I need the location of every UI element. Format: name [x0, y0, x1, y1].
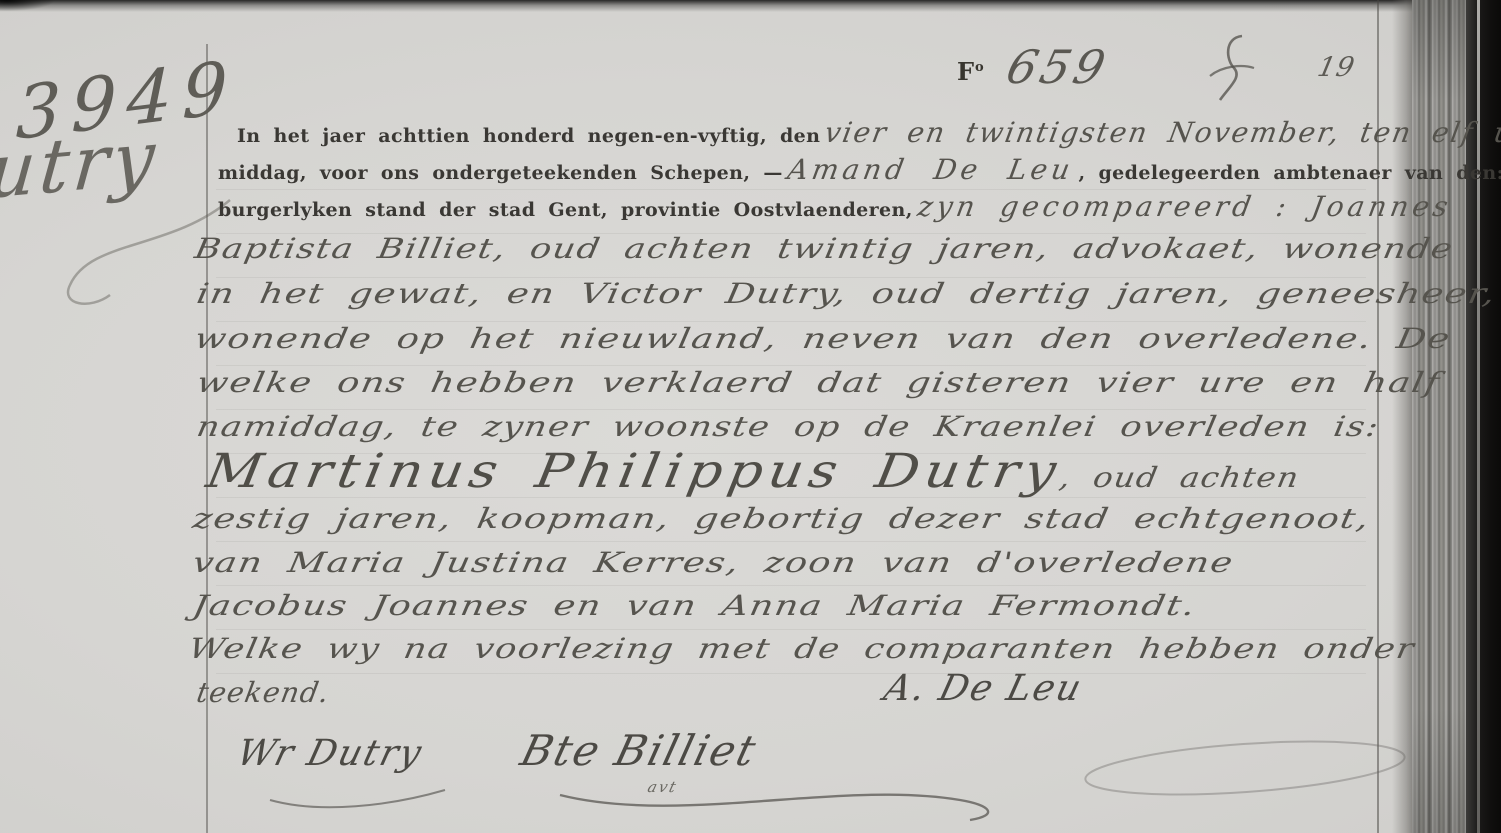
witness-signature-dutry: Wr Dutry: [233, 733, 427, 774]
printed-text: middag, voor ons ondergeteekenden Schepe…: [218, 162, 783, 184]
record-line-1: In het jaer achttien honderd negen-en-vy…: [237, 116, 1501, 149]
record-line-11: van Maria Justina Kerres, zoon van d'ove…: [190, 546, 1237, 579]
record-line-4: Baptista Billiet, oud achten twintig jar…: [192, 232, 1456, 265]
folio-label: Fo: [957, 57, 985, 86]
dutry-signature-flourish: [260, 780, 460, 820]
handwritten-text: zyn gecompareerd : Joannes: [915, 190, 1454, 223]
scan-corner-shadow: [0, 0, 70, 16]
record-line-9: Martinus Philippus Dutry, oud achten: [202, 444, 1305, 499]
scan-top-edge: [0, 0, 1501, 12]
record-line-7: welke ons hebben verklaerd dat gisteren …: [194, 366, 1443, 399]
printed-text: , gedelegeerden ambtenaer van den:: [1078, 162, 1501, 184]
scanned-register-page: 3949 utry Fo 659 19 In het jaer achttien…: [0, 0, 1501, 833]
handwritten-text: , oud achten: [1057, 461, 1302, 494]
record-line-5: in het gewat, en Victor Dutry, oud derti…: [194, 277, 1499, 310]
deleu-signature-flourish: [1075, 728, 1415, 808]
handwritten-text: Amand De Leu: [785, 153, 1076, 186]
printed-text: burgerlyken stand der stad Gent, provint…: [218, 199, 913, 221]
folio-f: F: [957, 57, 975, 86]
billiet-signature-flourish: [540, 770, 1020, 830]
record-line-10: zestig jaren, koopman, gebortig dezer st…: [190, 502, 1373, 535]
official-signature: A. De Leu: [880, 668, 1087, 709]
paraph-icon: [1196, 30, 1266, 110]
record-line-6: wonende op het nieuwland, neven van den …: [192, 322, 1454, 355]
record-line-8: namiddag, te zyner woonste op de Kraenle…: [194, 410, 1382, 443]
folio-number: 659: [1001, 40, 1114, 94]
record-line-12: Jacobus Joannes en van Anna Maria Fermon…: [190, 589, 1199, 622]
record-line-3: burgerlyken stand der stad Gent, provint…: [218, 190, 1451, 223]
record-line-13: Welke wy na voorlezing met de comparante…: [186, 632, 1418, 665]
margin-name-fragment: utry: [0, 114, 162, 216]
handwritten-text: vier en twintigsten November, ten elf ur…: [823, 116, 1501, 149]
record-line-2: middag, voor ons ondergeteekenden Schepe…: [218, 153, 1501, 186]
folio-sup-o: o: [975, 60, 985, 75]
record-line-14: teekend.: [194, 676, 332, 709]
printed-text: In het jaer achttien honderd negen-en-vy…: [237, 125, 820, 147]
witness-signature-billiet: Bte Billiet: [516, 726, 762, 775]
page-number: 19: [1315, 52, 1358, 83]
deceased-name: Martinus Philippus Dutry: [202, 444, 1066, 499]
billiet-signature-note: avt: [646, 778, 680, 796]
